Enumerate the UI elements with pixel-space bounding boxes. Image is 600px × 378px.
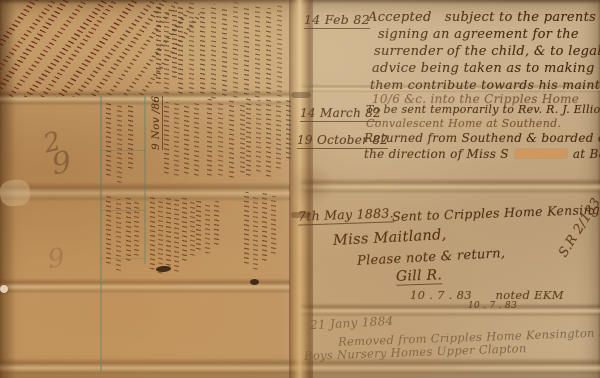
fold-nick bbox=[291, 92, 311, 98]
scrawl-stroke bbox=[128, 103, 133, 169]
scanned-document: 9 Nov /86 bbox=[0, 0, 600, 378]
punch-hole bbox=[0, 285, 8, 293]
entry-line: signing an agreement for the bbox=[378, 27, 579, 42]
ink-blot bbox=[156, 265, 171, 272]
entry-line-before-redaction: the direction of Miss S bbox=[364, 147, 509, 161]
memo-line: Please note & return, bbox=[357, 246, 506, 269]
scrawl-stroke bbox=[266, 8, 271, 94]
scrawl-stroke bbox=[214, 201, 219, 245]
scrawl-stroke bbox=[205, 202, 210, 254]
entry-line: Sent to Cripples Home Kensington bbox=[392, 201, 600, 224]
ruled-line bbox=[100, 96, 102, 372]
scrawl-stroke bbox=[134, 201, 139, 256]
ruled-line bbox=[144, 96, 146, 264]
scrawl-stroke bbox=[189, 2, 194, 94]
scrawl-stroke bbox=[244, 7, 249, 95]
scrawl-stroke bbox=[116, 199, 121, 271]
scrawl-stroke bbox=[184, 104, 189, 174]
memo-addressee: Miss Maitland, bbox=[333, 227, 447, 249]
scrawl-stroke bbox=[222, 6, 227, 96]
sideways-date-fragment: 9 Nov /86 bbox=[150, 96, 163, 150]
scrawl-stroke bbox=[229, 100, 234, 178]
scrawl-stroke bbox=[277, 5, 282, 97]
scrawl-stroke bbox=[246, 98, 251, 176]
noted-line: 10 . 7 . 83 noted EKM bbox=[410, 288, 564, 302]
entry-line: the direction of Miss Sat Balham S.W. bbox=[364, 147, 600, 161]
scrawl-stroke bbox=[211, 4, 216, 99]
scrawl-stroke bbox=[240, 103, 245, 173]
scrawl-stroke bbox=[255, 4, 260, 98]
scrawl-stroke bbox=[164, 10, 169, 94]
pencil-mark: 9 bbox=[49, 145, 73, 183]
scrawl-stroke bbox=[271, 196, 276, 254]
scrawl-stroke bbox=[207, 99, 212, 176]
entry-line: Accepted subject to the parents bbox=[368, 10, 596, 25]
scrawl-stroke bbox=[256, 100, 261, 172]
entry-line: Convalescent Home at Southend. bbox=[366, 117, 561, 130]
scrawl-stroke bbox=[262, 193, 267, 261]
torn-paper-highlight bbox=[0, 179, 31, 208]
entry-line: Returned from Southend & boarded out und… bbox=[364, 131, 600, 145]
scrawl-stroke bbox=[164, 102, 169, 174]
scrawl-stroke bbox=[106, 102, 111, 176]
noted-line-small: 10 . 7 . 83 bbox=[468, 301, 517, 311]
scrawl-stroke bbox=[233, 2, 238, 98]
entry-date: 14 Feb 82 bbox=[304, 12, 370, 29]
redaction-block bbox=[515, 149, 567, 158]
entry-line: To be sent temporarily to Rev. R. J. Ell… bbox=[366, 103, 600, 116]
ink-blot bbox=[250, 279, 259, 285]
entry-line: them contribute towards his maint ce bbox=[370, 77, 600, 92]
scrawl-stroke bbox=[244, 192, 249, 264]
scrawl-stroke bbox=[156, 6, 161, 84]
fold-crease bbox=[300, 178, 600, 194]
scrawl-stroke bbox=[178, 6, 183, 94]
scrawl-stroke bbox=[200, 8, 205, 94]
scrawl-stroke bbox=[150, 196, 155, 270]
fold-crease bbox=[300, 303, 600, 317]
scrawl-stroke bbox=[126, 197, 131, 261]
scrawl-stroke bbox=[182, 197, 187, 261]
entry-line-after-redaction: at Balham S.W. bbox=[573, 147, 600, 161]
scrawl-stroke bbox=[194, 101, 199, 176]
scrawl-stroke bbox=[172, 8, 177, 78]
scrawl-stroke bbox=[158, 198, 163, 274]
pencil-entry-date: 21 Jany 1884 bbox=[310, 314, 394, 332]
memo-signature: Gill R. bbox=[396, 267, 443, 286]
entry-line: surrender of the child, & to legal bbox=[374, 44, 600, 59]
scrawl-stroke bbox=[218, 102, 223, 176]
scrawl-stroke bbox=[266, 98, 271, 177]
scrawl-stroke bbox=[253, 195, 258, 270]
scrawl-stroke bbox=[166, 196, 171, 266]
scrawl-stroke bbox=[106, 196, 111, 264]
pencil-mark: 9 bbox=[46, 243, 66, 275]
scrawl-stroke bbox=[174, 100, 179, 176]
entry-line: advice being taken as to making bbox=[372, 61, 595, 76]
scrawl-stroke bbox=[276, 101, 281, 169]
scrawl-stroke bbox=[174, 199, 179, 272]
scrawl-stroke bbox=[117, 105, 122, 183]
scrawl-stroke bbox=[286, 99, 291, 159]
handwriting-diagonal-block bbox=[0, 0, 200, 97]
entry-date: 7th May 1883. bbox=[298, 205, 395, 225]
fold-crease bbox=[0, 278, 290, 294]
scrawl-stroke bbox=[196, 200, 201, 250]
scrawl-stroke bbox=[190, 200, 195, 256]
